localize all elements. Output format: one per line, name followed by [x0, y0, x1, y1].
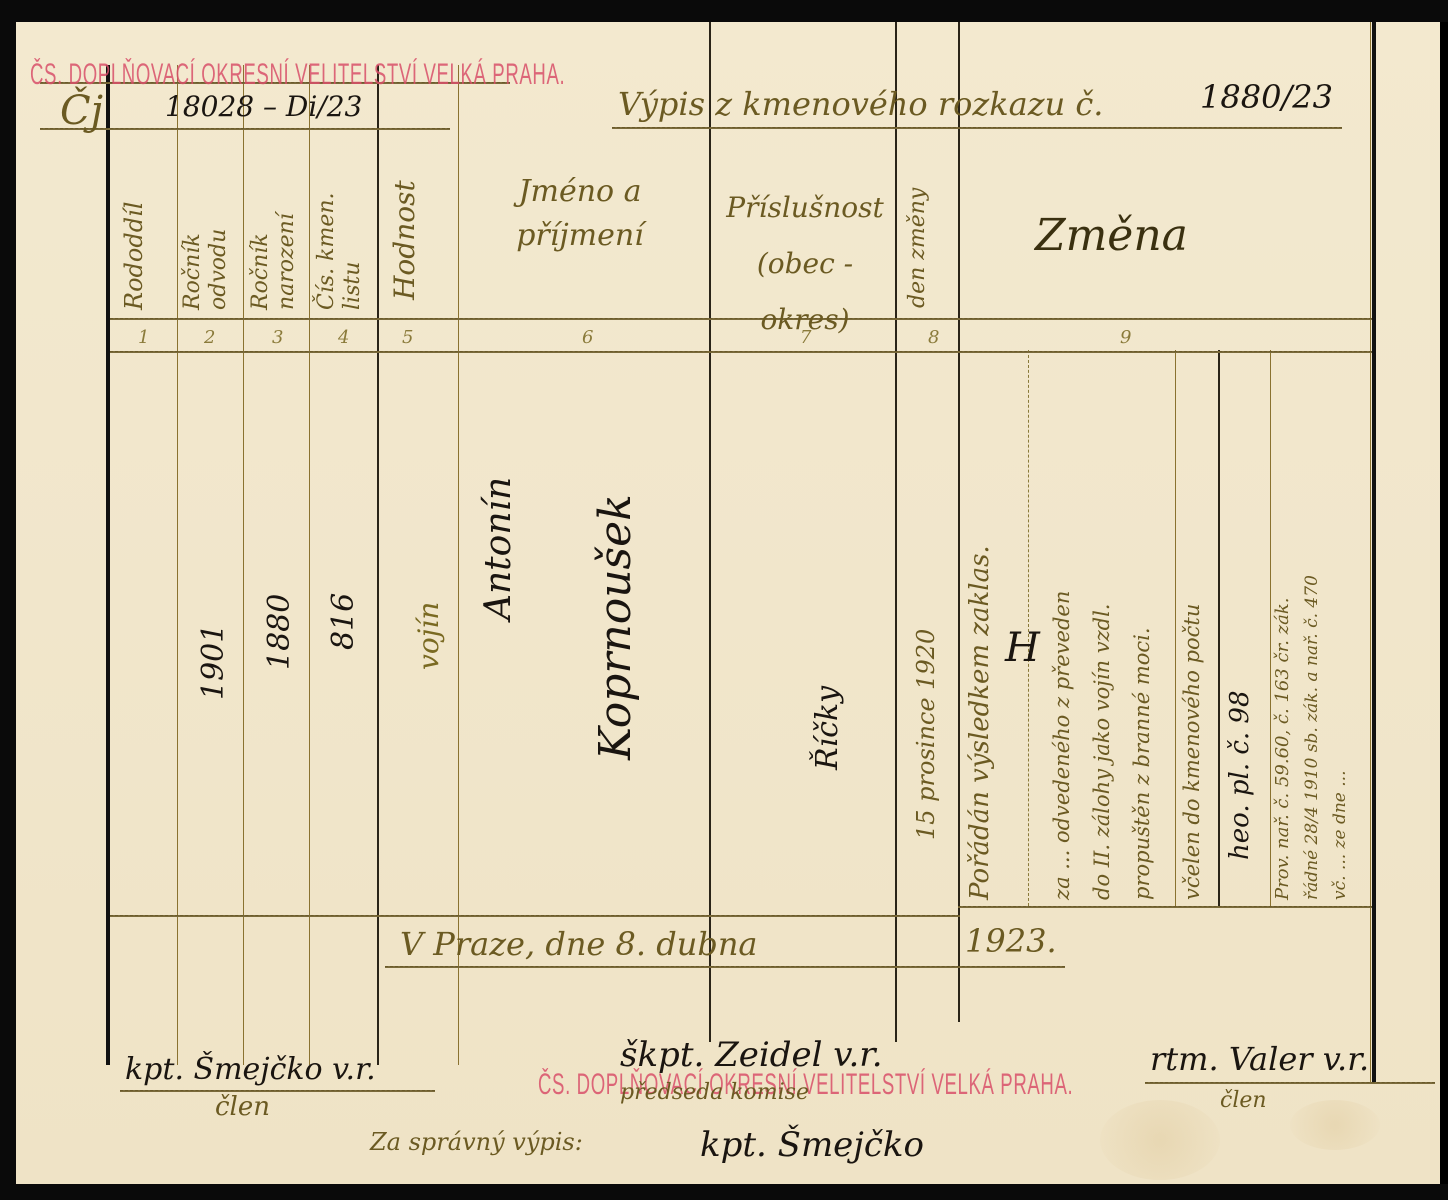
change-line-5: včelen do kmenového počtu	[1180, 604, 1204, 900]
signature-role-2: předseda komise	[620, 1080, 809, 1105]
paper-stain	[1100, 1100, 1220, 1180]
scan-border-bottom	[0, 1184, 1448, 1200]
change-line-2: za ... odvedeného z převeden	[1050, 591, 1074, 900]
column-number-rule	[110, 351, 1372, 353]
column-number: 5	[402, 327, 413, 348]
scan-border-top	[0, 0, 1448, 22]
column-divider	[958, 22, 960, 1022]
change-line-6: heo. pl. č. 98	[1225, 690, 1255, 860]
cj-label: Čj	[60, 88, 103, 134]
column-header-9: Změna	[1035, 210, 1188, 261]
signature-member-1: kpt. Šmejčko v.r.	[125, 1052, 376, 1087]
column-number: 3	[272, 327, 283, 348]
record-den-zmeny: 15 prosince 1920	[912, 629, 940, 840]
column-header-6: Jméno a příjmení	[480, 170, 680, 258]
change-subdivider	[1175, 350, 1176, 906]
column-number: 2	[204, 327, 215, 348]
record-hodnost: vojín	[412, 602, 445, 670]
change-mark: H	[1005, 625, 1040, 671]
column-number: 8	[928, 327, 939, 348]
certification-label: Za správný výpis:	[370, 1128, 583, 1156]
change-subdivider	[1218, 350, 1220, 906]
column-header-2: Ročník odvodu	[180, 150, 232, 310]
column-header-8: den změny	[905, 188, 930, 308]
column-number: 9	[1120, 327, 1131, 348]
record-prislusnost: Říčky	[810, 686, 845, 770]
record-prijmeni: Koprnoušek	[590, 494, 641, 760]
column-header-5: Hodnost	[388, 180, 421, 300]
column-header-4: Čís. kmen. listu	[314, 150, 366, 310]
signature-member-3: rtm. Valer v.r.	[1150, 1040, 1369, 1078]
change-line-7: Prov. nař. č. 59.60, č. 163 čr. zák.	[1272, 597, 1293, 900]
column-number: 4	[338, 327, 349, 348]
table-right-border	[1372, 22, 1376, 1082]
change-line-9: vč. ... ze dne ...	[1330, 771, 1350, 900]
change-line-3: do II. zálohy jako vojín vzdl.	[1090, 604, 1114, 900]
column-number: 7	[800, 327, 811, 348]
scan-border-left	[0, 0, 16, 1200]
change-line-1: Pořádán výsledkem zaklas.	[965, 545, 995, 900]
column-header-3: Ročník narození	[248, 150, 300, 310]
column-header-1: Rododdíl	[120, 202, 148, 310]
column-header-7: Příslušnost (obec - okres)	[715, 180, 895, 348]
record-rocnik-odvodu: 1901	[196, 624, 231, 700]
paper-stain	[1290, 1100, 1380, 1150]
signature-role-1: člen	[215, 1092, 270, 1122]
signature-chairman: škpt. Zeidel v.r.	[620, 1035, 883, 1075]
title-underline	[612, 127, 1342, 129]
column-divider	[709, 22, 711, 1042]
column-number: 6	[582, 327, 593, 348]
place-date: V Praze, dne 8. dubna	[400, 925, 758, 963]
change-subdivider	[1270, 350, 1271, 906]
record-jmeno: Antonín	[478, 477, 519, 620]
office-stamp-top: ČS. DOPLŇOVACÍ OKRESNÍ VELITELSTVÍ VELKÁ…	[30, 58, 565, 92]
change-line-4: propuštěn z branné moci.	[1130, 627, 1154, 900]
table-right-line	[1370, 22, 1371, 1082]
reference-number: 18028 – Di/23	[165, 90, 362, 123]
certification-signature: kpt. Šmejčko	[700, 1125, 924, 1165]
signature-role-3: člen	[1220, 1088, 1267, 1113]
signature-line	[1145, 1082, 1435, 1084]
record-rocnik-narozeni: 1880	[262, 594, 297, 670]
date-year: 1923.	[965, 922, 1057, 960]
record-cislo-listu: 816	[326, 593, 361, 650]
column-number: 1	[138, 327, 149, 348]
document-title: Výpis z kmenového rozkazu č.	[618, 85, 1103, 123]
column-divider	[895, 22, 897, 1042]
date-underline	[385, 966, 1065, 968]
change-bottom-rule	[958, 906, 1372, 908]
change-line-8: řádné 28/4 1910 sb. zák. a nař. č. 470	[1302, 575, 1322, 900]
signature-line	[120, 1090, 435, 1092]
order-number: 1880/23	[1200, 78, 1333, 116]
record-bottom-rule	[110, 915, 960, 917]
